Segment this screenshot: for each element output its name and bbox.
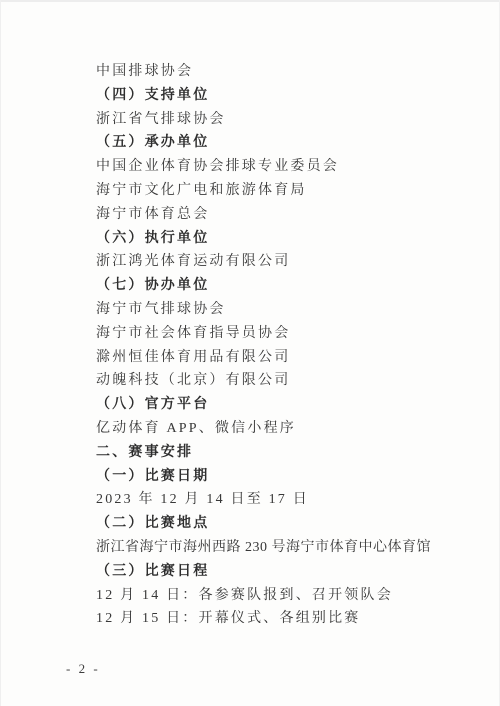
document-body: 中国排球协会 （四）支持单位 浙江省气排球协会 （五）承办单位 中国企业体育协会… xyxy=(96,60,431,631)
section-heading: 二、赛事安排 xyxy=(96,441,431,465)
body-line: 12 月 14 日：各参赛队报到、召开领队会 xyxy=(96,584,431,608)
page-number: - 2 - xyxy=(66,659,100,679)
body-line: 2023 年 12 月 14 日至 17 日 xyxy=(96,488,431,512)
body-line: 12 月 15 日：开幕仪式、各组别比赛 xyxy=(96,607,431,631)
body-line: 中国排球协会 xyxy=(96,60,431,84)
body-line: 滁州恒佳体育用品有限公司 xyxy=(96,346,431,370)
body-line: 中国企业体育协会排球专业委员会 xyxy=(96,155,431,179)
body-line: 浙江省海宁市海州西路 230 号海宁市体育中心体育馆 xyxy=(96,536,431,560)
subsection-heading: （六）执行单位 xyxy=(96,227,431,251)
body-line: 浙江省气排球协会 xyxy=(96,108,431,132)
subsection-heading: （三）比赛日程 xyxy=(96,560,431,584)
subsection-heading: （七）协办单位 xyxy=(96,274,431,298)
subsection-heading: （五）承办单位 xyxy=(96,131,431,155)
document-page: 中国排球协会 （四）支持单位 浙江省气排球协会 （五）承办单位 中国企业体育协会… xyxy=(0,0,500,706)
subsection-heading: （二）比赛地点 xyxy=(96,512,431,536)
body-line: 海宁市社会体育指导员协会 xyxy=(96,322,431,346)
body-line: 海宁市文化广电和旅游体育局 xyxy=(96,179,431,203)
subsection-heading: （一）比赛日期 xyxy=(96,465,431,489)
body-line: 动魄科技（北京）有限公司 xyxy=(96,369,431,393)
body-line: 海宁市气排球协会 xyxy=(96,298,431,322)
subsection-heading: （八）官方平台 xyxy=(96,393,431,417)
body-line: 亿动体育 APP、微信小程序 xyxy=(96,417,431,441)
body-line: 海宁市体育总会 xyxy=(96,203,431,227)
subsection-heading: （四）支持单位 xyxy=(96,84,431,108)
scan-edge-left xyxy=(0,0,1,706)
scan-edge-top xyxy=(0,0,500,2)
body-line: 浙江鸿光体育运动有限公司 xyxy=(96,250,431,274)
